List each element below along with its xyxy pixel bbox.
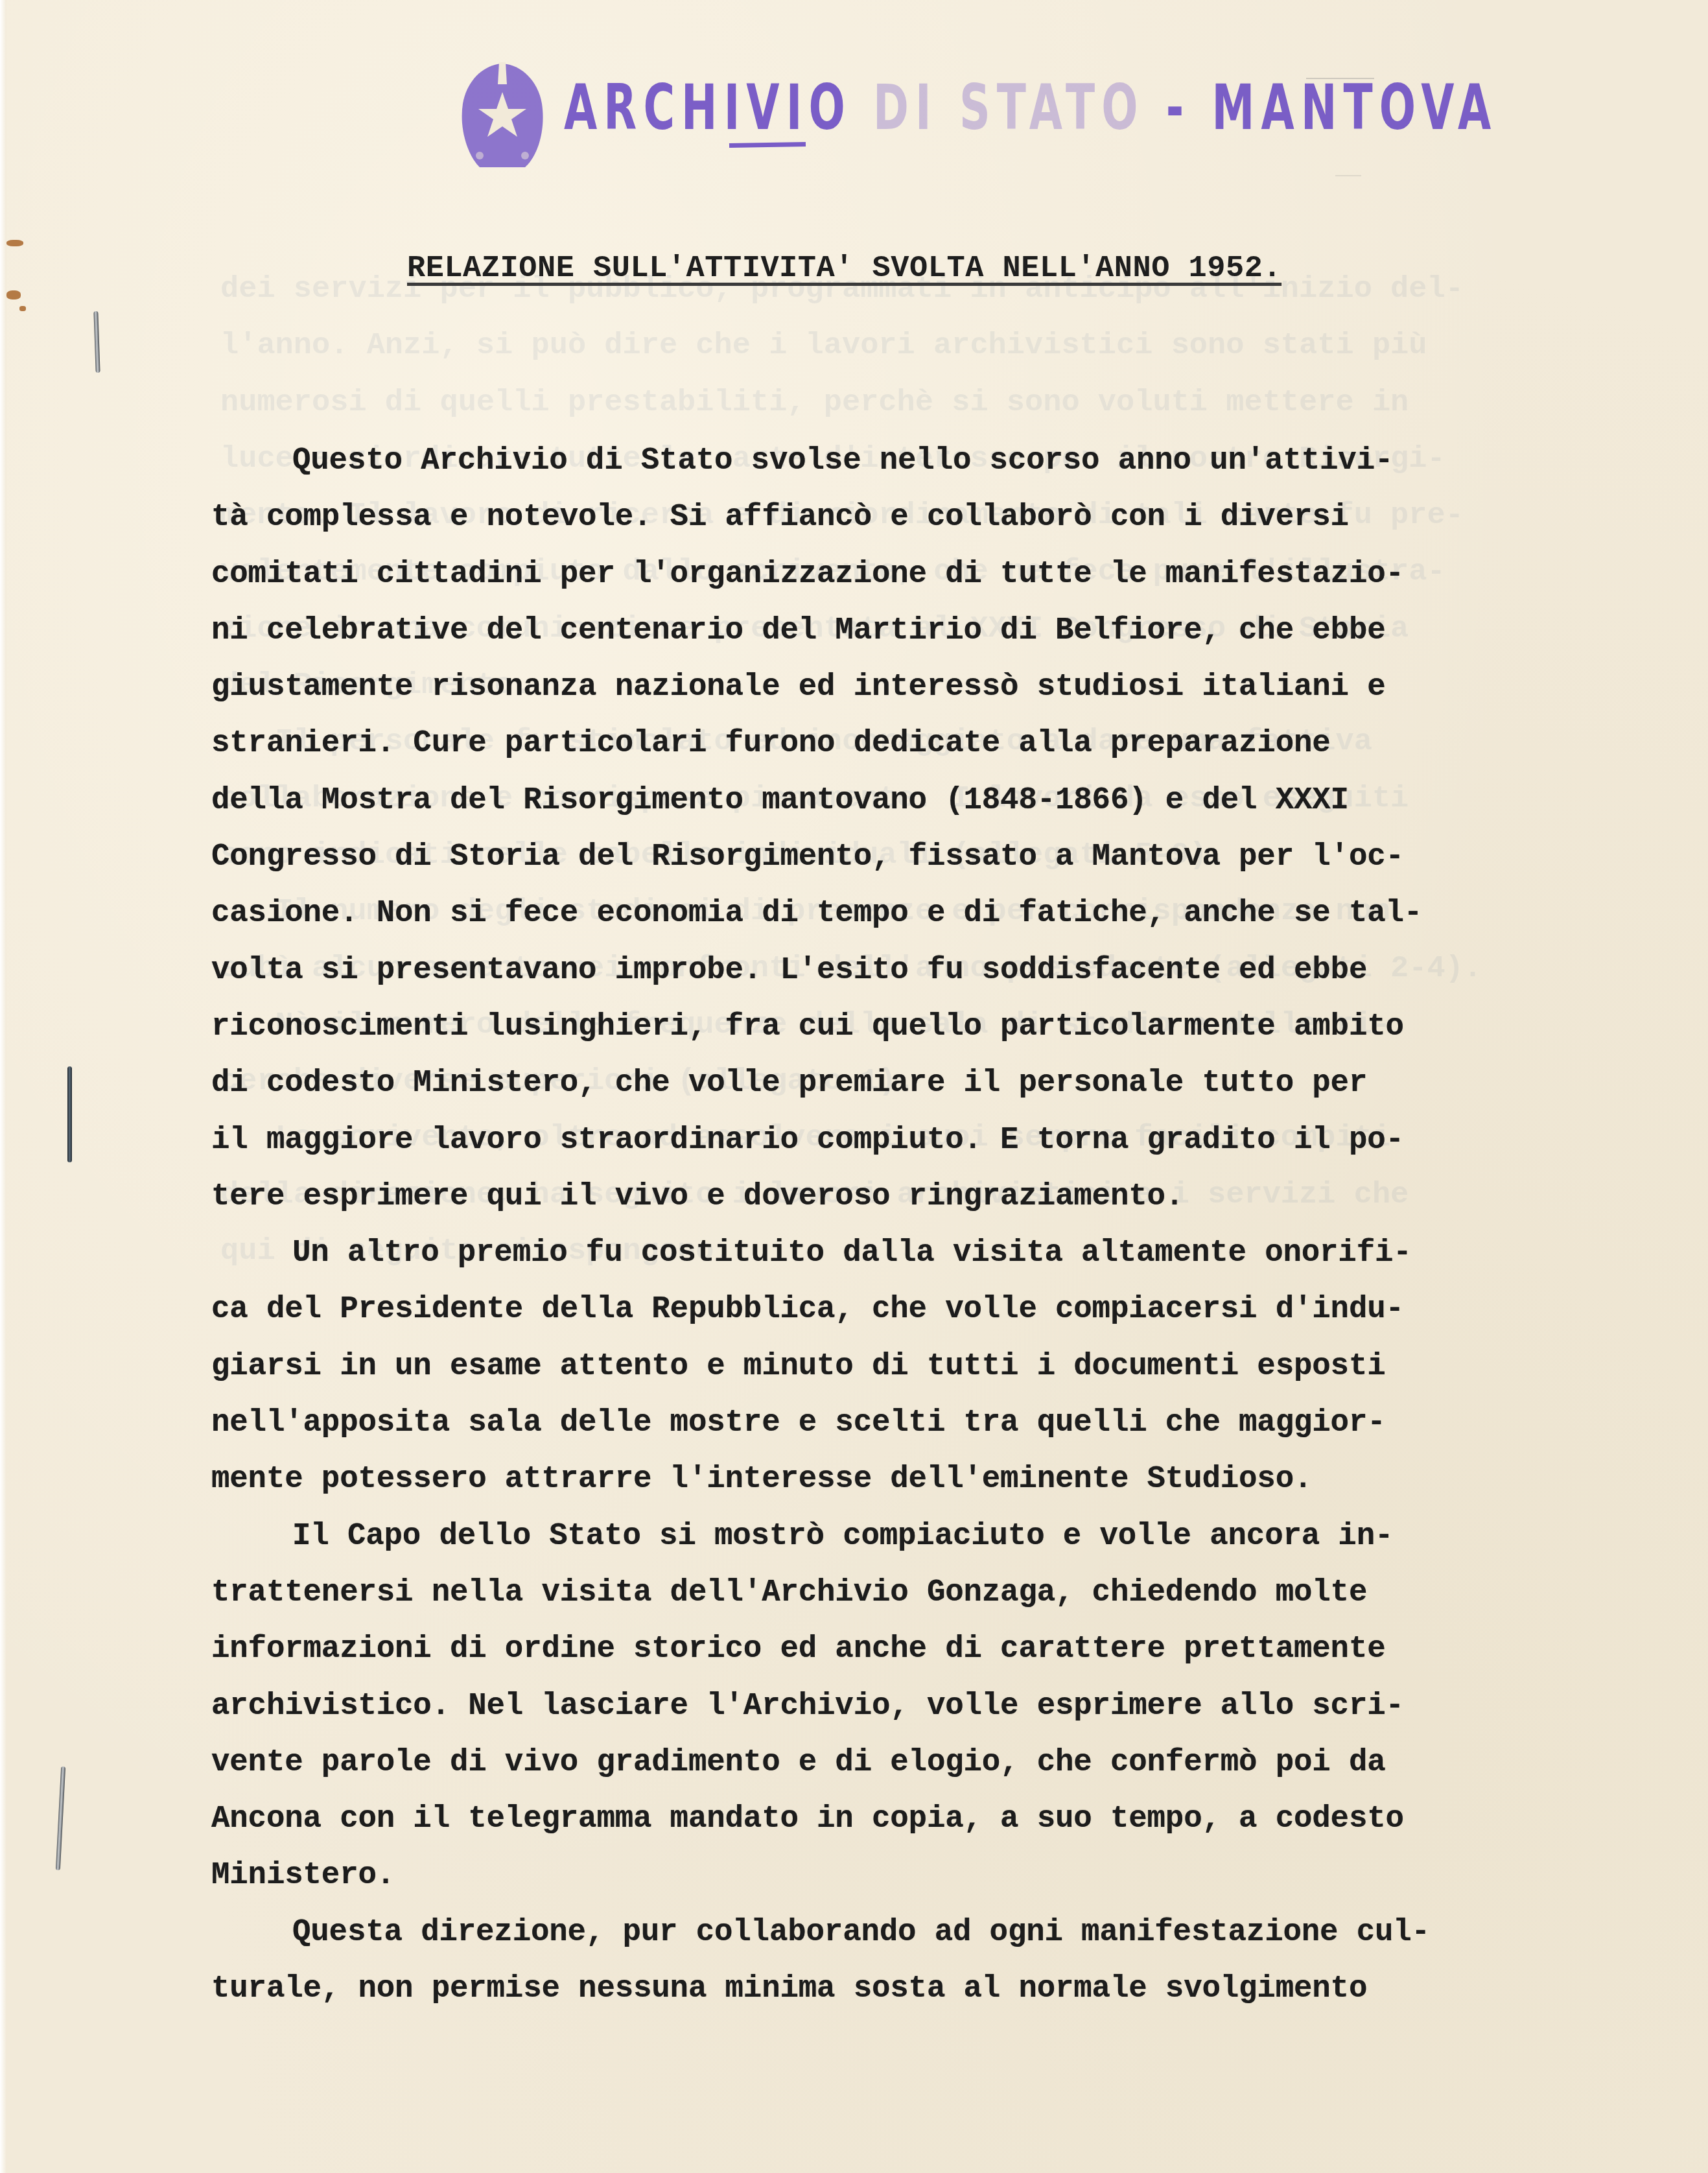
paragraph-4: Questa direzione, pur collaborando ad og… — [211, 1905, 1573, 2018]
stamp-underline — [729, 142, 806, 148]
document-page: dei servizi per il pubblico, programmati… — [0, 0, 1708, 2173]
text-line: vente parole di vivo gradimento e di elo… — [211, 1735, 1573, 1791]
text-line: Questa direzione, pur collaborando ad og… — [211, 1905, 1573, 1961]
text-line: Il Capo dello Stato si mostrò compiaciut… — [211, 1509, 1573, 1565]
stamp-text-archivio: ARCHIVIO — [564, 71, 873, 144]
paragraph-1: Questo Archivio di Stato svolse nello sc… — [211, 433, 1573, 1225]
paragraph-3: Il Capo dello Stato si mostrò compiaciut… — [211, 1509, 1573, 1905]
text-line: tà complessa e notevole. Si affiancò e c… — [211, 489, 1573, 546]
text-line: di codesto Ministero, che volle premiare… — [211, 1055, 1573, 1112]
text-line: informazioni di ordine storico ed anche … — [211, 1621, 1573, 1678]
rust-stain — [19, 306, 26, 311]
stamp-text-mantova: - MANTOVA — [1145, 71, 1498, 144]
rust-stain — [6, 240, 23, 246]
document-body: Questo Archivio di Stato svolse nello sc… — [211, 433, 1573, 2017]
text-line: casione. Non si fece economia di tempo e… — [211, 886, 1573, 942]
text-line: il maggiore lavoro straordinario compiut… — [211, 1112, 1573, 1169]
stamp-text-di-stato: DI STATO — [873, 71, 1145, 144]
staple-icon — [67, 1066, 72, 1162]
text-line: trattenersi nella visita dell'Archivio G… — [211, 1565, 1573, 1621]
stamp-text: ARCHIVIO DI STATO - MANTOVA — [564, 71, 1497, 144]
text-line: volta si presentavano improbe. L'esito f… — [211, 943, 1573, 999]
staple-icon — [93, 311, 100, 373]
paragraph-2: Un altro premio fu costituito dalla visi… — [211, 1225, 1573, 1508]
text-line: mente potessero attrarre l'interesse del… — [211, 1451, 1573, 1508]
staple-icon — [56, 1767, 65, 1870]
text-line: giarsi in un esame attento e minuto di t… — [211, 1339, 1573, 1395]
text-line: Ministero. — [211, 1848, 1573, 1904]
text-line: comitati cittadini per l'organizzazione … — [211, 546, 1573, 603]
text-line: tere esprimere qui il vivo e doveroso ri… — [211, 1169, 1573, 1225]
text-line: Un altro premio fu costituito dalla visi… — [211, 1225, 1573, 1282]
paper-edge — [0, 0, 6, 2173]
text-line: Congresso di Storia del Risorgimento, fi… — [211, 829, 1573, 886]
text-line: archivistico. Nel lasciare l'Archivio, v… — [211, 1678, 1573, 1735]
rust-stain — [6, 290, 21, 300]
emblem-star-icon — [454, 58, 551, 175]
pencil-mark — [1335, 175, 1361, 176]
text-line: ca del Presidente della Repubblica, che … — [211, 1282, 1573, 1338]
text-line: della Mostra del Risorgimento mantovano … — [211, 773, 1573, 829]
text-line: Ancona con il telegramma mandato in copi… — [211, 1791, 1573, 1848]
text-line: giustamente risonanza nazionale ed inter… — [211, 659, 1573, 716]
text-line: Questo Archivio di Stato svolse nello sc… — [211, 433, 1573, 489]
text-line: riconoscimenti lusinghieri, fra cui quel… — [211, 999, 1573, 1055]
text-line: ni celebrative del centenario del Martir… — [211, 603, 1573, 659]
text-line: stranieri. Cure particolari furono dedic… — [211, 716, 1573, 772]
document-title: RELAZIONE SULL'ATTIVITA' SVOLTA NELL'ANN… — [407, 252, 1281, 286]
archive-stamp: ARCHIVIO DI STATO - MANTOVA — [454, 52, 1296, 182]
text-line: turale, non permise nessuna minima sosta… — [211, 1961, 1573, 2017]
text-line: nell'apposita sala delle mostre e scelti… — [211, 1395, 1573, 1451]
